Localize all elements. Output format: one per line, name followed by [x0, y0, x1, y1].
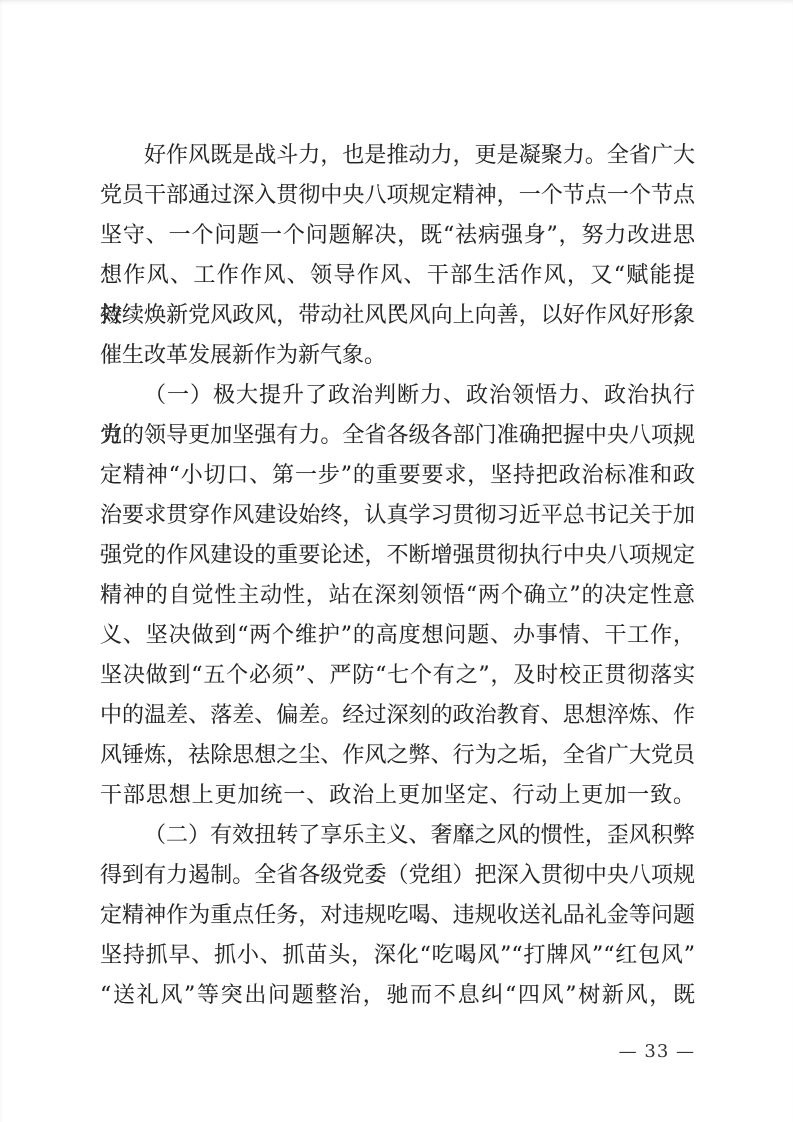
- text-line: 党的领导更加坚强有力。全省各级各部门准确把握中央八项规: [100, 416, 695, 456]
- text-line: 得到有力遏制。全省各级党委（党组）把深入贯彻中央八项规: [100, 856, 695, 896]
- text-line: 好作风既是战斗力，也是推动力，更是凝聚力。全省广大: [100, 136, 695, 176]
- page-number: — 33 —: [619, 1041, 695, 1062]
- text-line: 干部思想上更加统一、政治上更加坚定、行动上更加一致。: [100, 776, 695, 816]
- text-line: 坚持抓早、抓小、抓苗头，深化“吃喝风”“打牌风”“红包风”: [100, 936, 695, 976]
- text-line: 强党的作风建设的重要论述，不断增强贯彻执行中央八项规定: [100, 536, 695, 576]
- text-line: 党员干部通过深入贯彻中央八项规定精神，一个节点一个节点: [100, 176, 695, 216]
- paragraph: 好作风既是战斗力，也是推动力，更是凝聚力。全省广大党员干部通过深入贯彻中央八项规…: [100, 136, 695, 376]
- text-line: 想作风、工作作风、领导作风、干部生活作风，又“赋能提效”，: [100, 256, 695, 296]
- text-line: 催生改革发展新作为新气象。: [100, 336, 695, 376]
- text-line: 义、坚决做到“两个维护”的高度想问题、办事情、干工作，: [100, 616, 695, 656]
- text-line: 风锤炼，祛除思想之尘、作风之弊、行为之垢，全省广大党员: [100, 736, 695, 776]
- document-page: 好作风既是战斗力，也是推动力，更是凝聚力。全省广大党员干部通过深入贯彻中央八项规…: [0, 0, 793, 1122]
- page-footer: — 33 —: [100, 1040, 695, 1064]
- text-line: 持续焕新党风政风，带动社风民风向上向善，以好作风好形象: [100, 296, 695, 336]
- text-line: 治要求贯穿作风建设始终，认真学习贯彻习近平总书记关于加: [100, 496, 695, 536]
- document-body: 好作风既是战斗力，也是推动力，更是凝聚力。全省广大党员干部通过深入贯彻中央八项规…: [100, 136, 695, 1016]
- text-line: 精神的自觉性主动性，站在深刻领悟“两个确立”的决定性意: [100, 576, 695, 616]
- text-line: （二）有效扭转了享乐主义、奢靡之风的惯性，歪风积弊: [100, 816, 695, 856]
- paragraph: （二）有效扭转了享乐主义、奢靡之风的惯性，歪风积弊得到有力遏制。全省各级党委（党…: [100, 816, 695, 1016]
- text-line: 坚守、一个问题一个问题解决，既“祛病强身”，努力改进思: [100, 216, 695, 256]
- text-line: 定精神作为重点任务，对违规吃喝、违规收送礼品礼金等问题: [100, 896, 695, 936]
- text-line: “送礼风”等突出问题整治，驰而不息纠“四风”树新风，既: [100, 976, 695, 1016]
- paragraph: （一）极大提升了政治判断力、政治领悟力、政治执行力，党的领导更加坚强有力。全省各…: [100, 376, 695, 816]
- text-line: 定精神“小切口、第一步”的重要要求，坚持把政治标准和政: [100, 456, 695, 496]
- text-line: （一）极大提升了政治判断力、政治领悟力、政治执行力，: [100, 376, 695, 416]
- text-line: 坚决做到“五个必须”、严防“七个有之”，及时校正贯彻落实: [100, 656, 695, 696]
- text-line: 中的温差、落差、偏差。经过深刻的政治教育、思想淬炼、作: [100, 696, 695, 736]
